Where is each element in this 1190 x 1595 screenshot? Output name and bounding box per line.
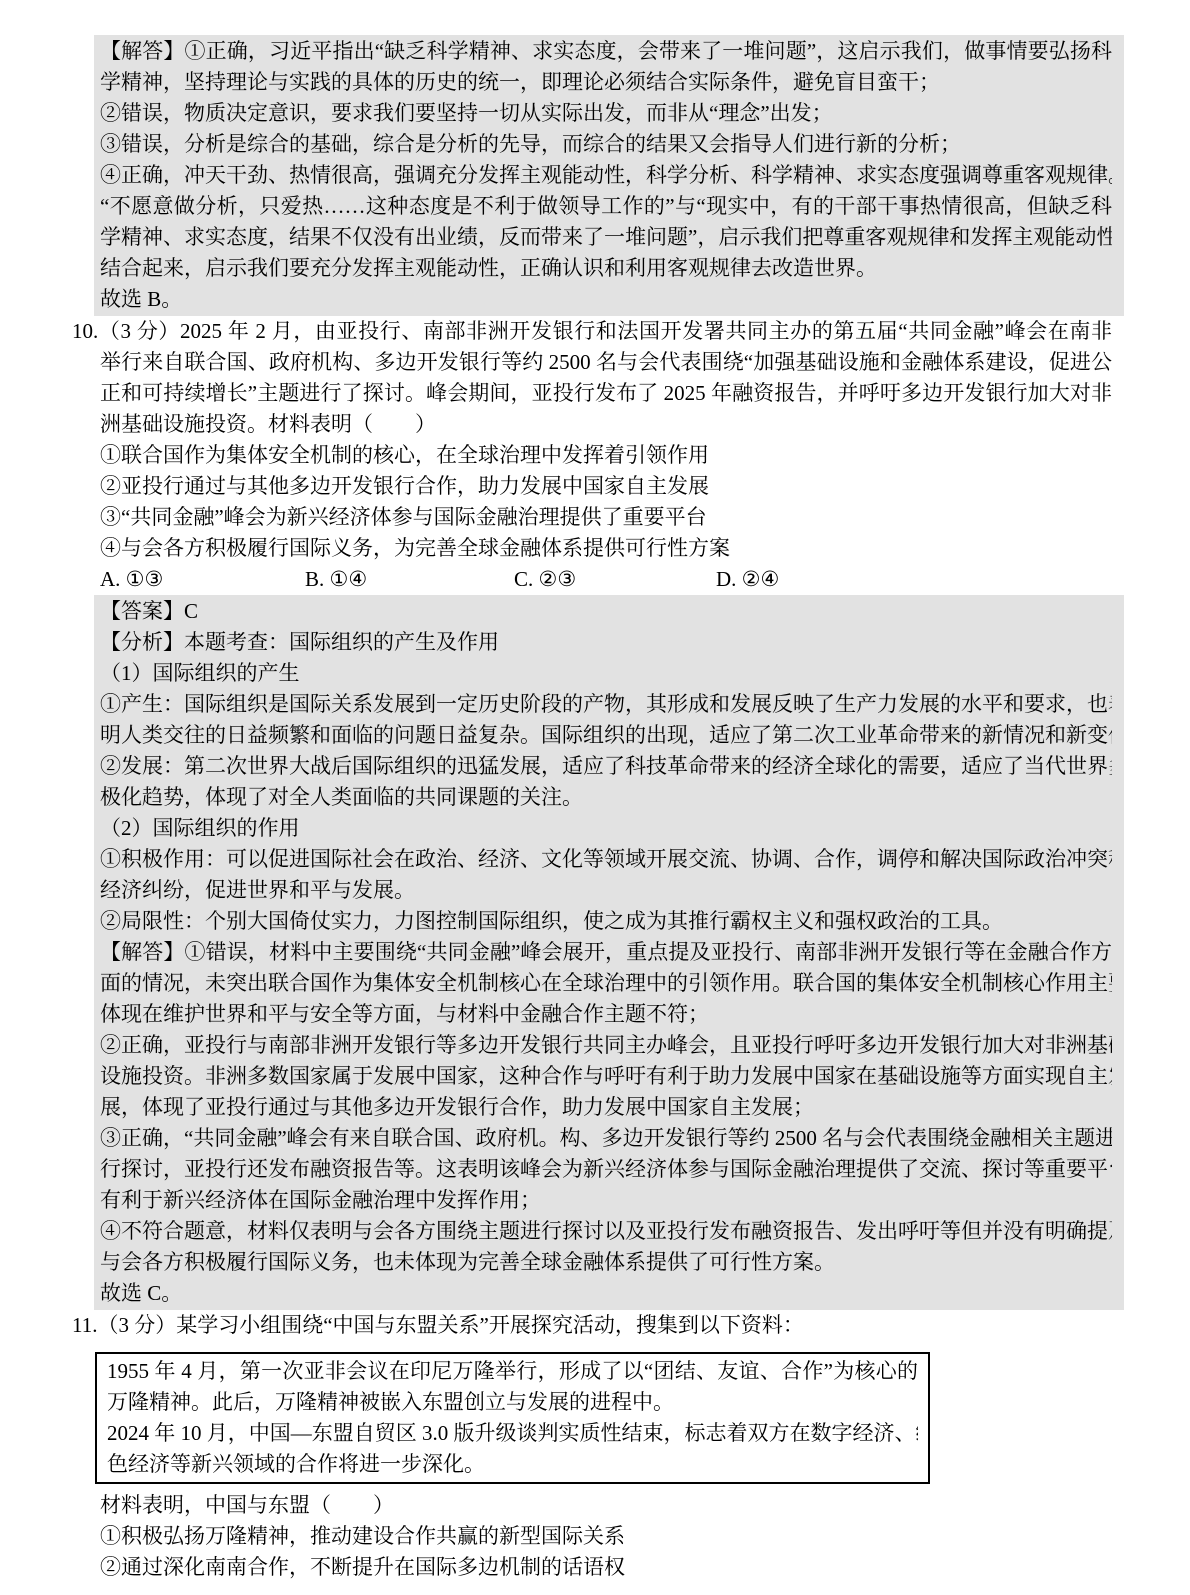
choice-option: D. ②④ <box>716 564 779 595</box>
q10-statement-4: ④与会各方积极履行国际义务，为完善全球金融体系提供可行性方案 <box>100 533 1112 564</box>
choice-row: A. ①③B. ①④C. ②③D. ②④ <box>100 564 1112 595</box>
q10-statement-2: ②亚投行通过与其他多边开发银行合作，助力发展中国家自主发展 <box>100 471 1112 502</box>
text-line: 展，体现了亚投行通过与其他多边开发银行合作，助力发展中国家自主发展； <box>100 1092 1112 1123</box>
answer-q10: 【答案】C <box>100 596 1112 627</box>
text-line: 举行来自联合国、政府机构、多边开发银行等约 2500 名与会代表围绕“加强基础设… <box>100 347 1112 378</box>
answer-analysis-block-q10: 【答案】C【分析】本题考查：国际组织的产生及作用（1）国际组织的产生①产生：国际… <box>94 595 1124 1310</box>
text-line: 2024 年 10 月，中国—东盟自贸区 3.0 版升级谈判实质性结束，标志着双… <box>107 1418 918 1449</box>
question-10: 10.（3 分）2025 年 2 月，由亚投行、南部非洲开发银行和法国开发署共同… <box>100 316 1112 595</box>
document-content: 【解答】①正确，习近平指出“缺乏科学精神、求实态度，会带来了一堆问题”，这启示我… <box>100 35 1112 1583</box>
text-line: 行探讨，亚投行还发布融资报告等。这表明该峰会为新兴经济体参与国际金融治理提供了交… <box>100 1154 1112 1185</box>
explanation-block-q9: 【解答】①正确，习近平指出“缺乏科学精神、求实态度，会带来了一堆问题”，这启示我… <box>94 35 1124 316</box>
text-line: 极化趋势，体现了对全人类面临的共同课题的关注。 <box>100 782 1112 813</box>
text-line: ②局限性：个别大国倚仗实力，力图控制国际组织，使之成为其推行霸权主义和强权政治的… <box>100 906 1112 937</box>
material-box-q11: 1955 年 4 月，第一次亚非会议在印尼万隆举行，形成了以“团结、友谊、合作”… <box>95 1352 930 1484</box>
text-line: 正和可持续增长”主题进行了探讨。峰会期间，亚投行发布了 2025 年融资报告，并… <box>100 378 1112 409</box>
text-line: ②错误，物质决定意识，要求我们要坚持一切从实际出发，而非从“理念”出发； <box>100 98 1112 129</box>
text-line: 洲基础设施投资。材料表明（ ） <box>100 409 1112 440</box>
text-line: 【分析】本题考查：国际组织的产生及作用 <box>100 627 1112 658</box>
text-line: （2）国际组织的作用 <box>100 813 1112 844</box>
document-page: 【解答】①正确，习近平指出“缺乏科学精神、求实态度，会带来了一堆问题”，这启示我… <box>0 0 1190 1595</box>
question-11-stem: 11.（3 分）某学习小组围绕“中国与东盟关系”开展探究活动，搜集到以下资料： <box>72 1310 1112 1341</box>
text-line: 经济纠纷，促进世界和平与发展。 <box>100 875 1112 906</box>
text-line: 与会各方积极履行国际义务，也未体现为完善全球金融体系提供了可行性方案。 <box>100 1247 1112 1278</box>
text-line: 体现在维护世界和平与安全等方面，与材料中金融合作主题不符； <box>100 999 1112 1030</box>
text-line: ②发展：第二次世界大战后国际组织的迅猛发展，适应了科技革命带来的经济全球化的需要… <box>100 751 1112 782</box>
q11-statement-2: ②通过深化南南合作，不断提升在国际多边机制的话语权 <box>100 1552 1112 1583</box>
choice-option: B. ①④ <box>305 564 367 595</box>
text-line: 学精神、求实态度，结果不仅没有出业绩，反而带来了一堆问题”，启示我们把尊重客观规… <box>100 222 1112 253</box>
question-11: 11.（3 分）某学习小组围绕“中国与东盟关系”开展探究活动，搜集到以下资料： <box>100 1310 1112 1341</box>
text-line: ②正确，亚投行与南部非洲开发银行等多边开发银行共同主办峰会，且亚投行呼吁多边开发… <box>100 1030 1112 1061</box>
text-line: 设施投资。非洲多数国家属于发展中国家，这种合作与呼吁有利于助力发展中国家在基础设… <box>100 1061 1112 1092</box>
q10-statement-3: ③“共同金融”峰会为新兴经济体参与国际金融治理提供了重要平台 <box>100 502 1112 533</box>
choice-option: A. ①③ <box>100 564 163 595</box>
q10-statement-1: ①联合国作为集体安全机制的核心，在全球治理中发挥着引领作用 <box>100 440 1112 471</box>
text-line: ③错误，分析是综合的基础，综合是分析的先导，而综合的结果又会指导人们进行新的分析… <box>100 129 1112 160</box>
text-line: 【解答】①错误，材料中主要围绕“共同金融”峰会展开，重点提及亚投行、南部非洲开发… <box>100 937 1112 968</box>
text-line: ④不符合题意，材料仅表明与会各方围绕主题进行探讨以及亚投行发布融资报告、发出呼吁… <box>100 1216 1112 1247</box>
text-line: 1955 年 4 月，第一次亚非会议在印尼万隆举行，形成了以“团结、友谊、合作”… <box>107 1356 918 1387</box>
text-line: “不愿意做分析，只爱热……这种态度是不利于做领导工作的”与“现实中，有的干部干事… <box>100 191 1112 222</box>
answer-conclusion-q9: 故选 B。 <box>100 284 1112 315</box>
text-line: 面的情况，未突出联合国作为集体安全机制核心在全球治理中的引领作用。联合国的集体安… <box>100 968 1112 999</box>
answer-conclusion-q10: 故选 C。 <box>100 1278 1112 1309</box>
text-line: ①积极作用：可以促进国际社会在政治、经济、文化等领域开展交流、协调、合作，调停和… <box>100 844 1112 875</box>
text-line: 学精神，坚持理论与实践的具体的历史的统一，即理论必须结合实际条件，避免盲目蛮干； <box>100 67 1112 98</box>
text-line: 万隆精神。此后，万隆精神被嵌入东盟创立与发展的进程中。 <box>107 1387 918 1418</box>
question-10-stem: 10.（3 分）2025 年 2 月，由亚投行、南部非洲开发银行和法国开发署共同… <box>72 316 1112 347</box>
text-line: 色经济等新兴领域的合作将进一步深化。 <box>107 1449 918 1480</box>
text-line: 【解答】①正确，习近平指出“缺乏科学精神、求实态度，会带来了一堆问题”，这启示我… <box>100 36 1112 67</box>
text-line: ①产生：国际组织是国际关系发展到一定历史阶段的产物，其形成和发展反映了生产力发展… <box>100 689 1112 720</box>
choice-option: C. ②③ <box>514 564 576 595</box>
text-line: （1）国际组织的产生 <box>100 658 1112 689</box>
question-11-statements: 材料表明，中国与东盟（ ）①积极弘扬万隆精神，推动建设合作共赢的新型国际关系②通… <box>100 1490 1112 1583</box>
text-line: ④正确，冲天干劲、热情很高，强调充分发挥主观能动性，科学分析、科学精神、求实态度… <box>100 160 1112 191</box>
text-line: ③正确，“共同金融”峰会有来自联合国、政府机。构、多边开发银行等约 2500 名… <box>100 1123 1112 1154</box>
q11-statement-1: ①积极弘扬万隆精神，推动建设合作共赢的新型国际关系 <box>100 1521 1112 1552</box>
text-line: 明人类交往的日益频繁和面临的问题日益复杂。国际组织的出现，适应了第二次工业革命带… <box>100 720 1112 751</box>
q11-prompt: 材料表明，中国与东盟（ ） <box>100 1490 1112 1521</box>
text-line: 结合起来，启示我们要充分发挥主观能动性，正确认识和利用客观规律去改造世界。 <box>100 253 1112 284</box>
text-line: 有利于新兴经济体在国际金融治理中发挥作用； <box>100 1185 1112 1216</box>
